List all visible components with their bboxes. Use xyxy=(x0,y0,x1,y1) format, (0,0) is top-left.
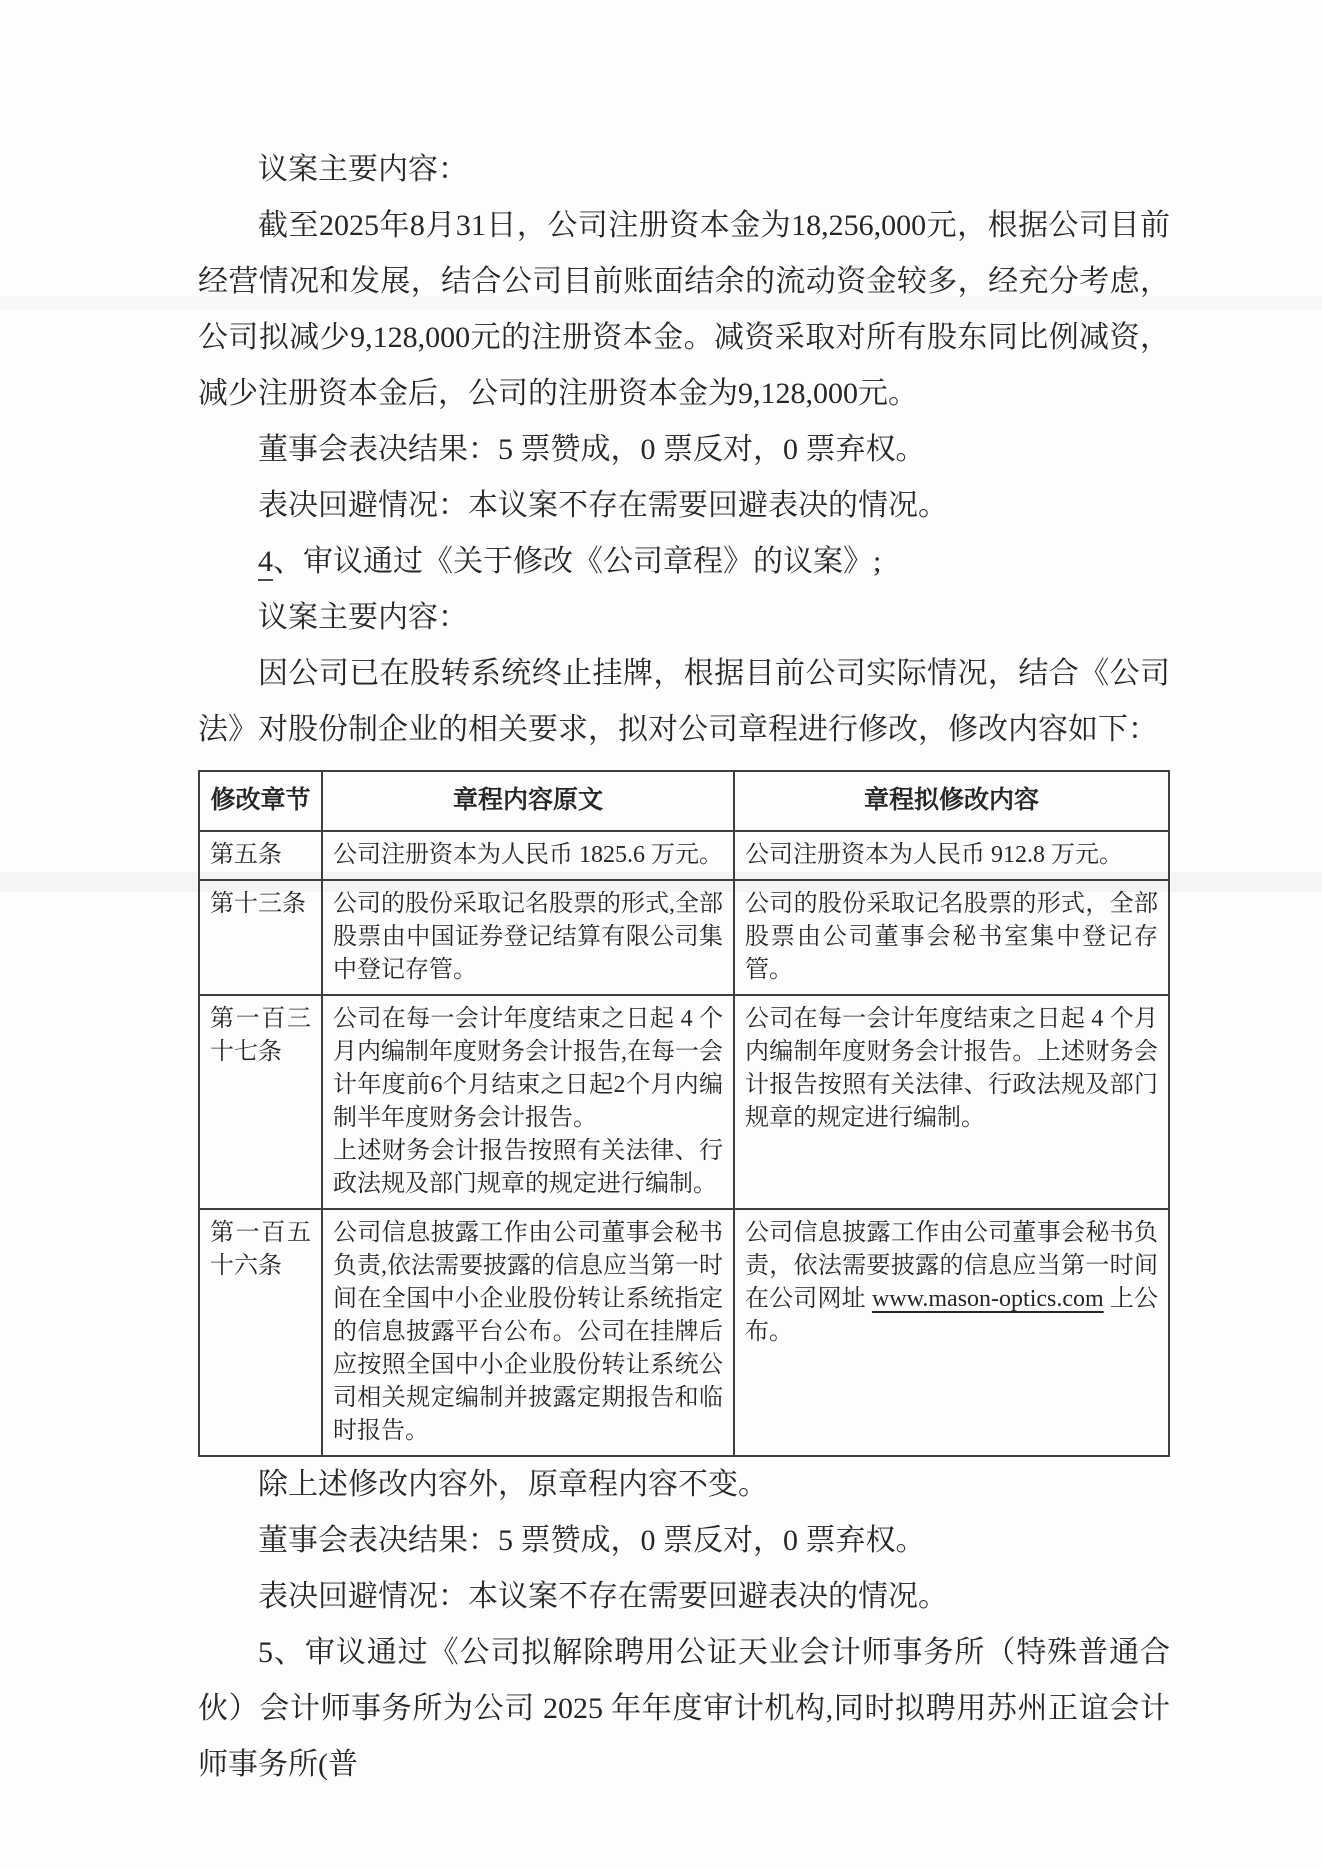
item3-vote-result: 董事会表决结果：5 票赞成，0 票反对，0 票弃权。 xyxy=(198,422,1170,478)
cell-chapter: 第五条 xyxy=(199,831,322,880)
cell-original: 公司信息披露工作由公司董事会秘书负责,依法需要披露的信息应当第一时间在全国中小企… xyxy=(322,1209,734,1456)
cell-revised: 公司的股份采取记名股票的形式，全部股票由公司董事会秘书室集中登记存管。 xyxy=(734,880,1169,995)
proposal-content-label-2: 议案主要内容： xyxy=(198,590,1170,646)
cell-original: 公司注册资本为人民币 1825.6 万元。 xyxy=(322,831,734,880)
table-header-row: 修改章节 章程内容原文 章程拟修改内容 xyxy=(199,771,1169,831)
cell-original-text: 公司信息披露工作由公司董事会秘书负责,依法需要披露的信息应当第一时间在全国中小企… xyxy=(333,1217,723,1448)
item3-body-paragraph: 截至2025年8月31日，公司注册资本金为18,256,000元，根据公司目前经… xyxy=(198,198,1170,422)
cell-original-text: 公司的股份采取记名股票的形式,全部股票由中国证券登记结算有限公司集中登记存管。 xyxy=(333,888,723,987)
table-row: 第十三条 公司的股份采取记名股票的形式,全部股票由中国证券登记结算有限公司集中登… xyxy=(199,880,1169,995)
item4-body-paragraph: 因公司已在股转系统终止挂牌，根据目前公司实际情况，结合《公司法》对股份制企业的相… xyxy=(198,646,1170,758)
proposal-content-label-1: 议案主要内容： xyxy=(198,142,1170,198)
page-content: 议案主要内容： 截至2025年8月31日，公司注册资本金为18,256,000元… xyxy=(0,0,1322,1793)
item4-vote-result: 董事会表决结果：5 票赞成，0 票反对，0 票弃权。 xyxy=(198,1513,1170,1569)
cell-original: 公司的股份采取记名股票的形式,全部股票由中国证券登记结算有限公司集中登记存管。 xyxy=(322,880,734,995)
cell-revised: 公司信息披露工作由公司董事会秘书负责，依法需要披露的信息应当第一时间在公司网址 … xyxy=(734,1209,1169,1456)
item5-title: 5、审议通过《公司拟解除聘用公证天业会计师事务所（特殊普通合伙）会计师事务所为公… xyxy=(198,1625,1170,1793)
cell-original-text: 公司注册资本为人民币 1825.6 万元。 xyxy=(333,839,723,872)
cell-original-text-p1: 公司在每一会计年度结束之日起 4 个月内编制年度财务会计报告,在每一会计年度前6… xyxy=(333,1003,723,1135)
after-table-note: 除上述修改内容外，原章程内容不变。 xyxy=(198,1457,1170,1513)
cell-chapter: 第一百三十七条 xyxy=(199,995,322,1209)
cell-revised-text: 公司注册资本为人民币 912.8 万元。 xyxy=(745,839,1158,872)
cell-revised-text: 公司信息披露工作由公司董事会秘书负责，依法需要披露的信息应当第一时间在公司网址 … xyxy=(745,1217,1158,1349)
company-website-url[interactable]: www.mason-optics.com xyxy=(872,1286,1104,1312)
cell-revised: 公司注册资本为人民币 912.8 万元。 xyxy=(734,831,1169,880)
item4-recusal-statement: 表决回避情况：本议案不存在需要回避表决的情况。 xyxy=(198,1569,1170,1625)
table-row: 第一百三十七条 公司在每一会计年度结束之日起 4 个月内编制年度财务会计报告,在… xyxy=(199,995,1169,1209)
header-chapter: 修改章节 xyxy=(199,771,322,831)
cell-revised-text: 公司的股份采取记名股票的形式，全部股票由公司董事会秘书室集中登记存管。 xyxy=(745,888,1158,987)
header-original-text: 章程内容原文 xyxy=(322,771,734,831)
table-row: 第五条 公司注册资本为人民币 1825.6 万元。 公司注册资本为人民币 912… xyxy=(199,831,1169,880)
cell-revised-text: 公司在每一会计年度结束之日起 4 个月内编制年度财务会计报告。上述财务会计报告按… xyxy=(745,1003,1158,1135)
table-row: 第一百五十六条 公司信息披露工作由公司董事会秘书负责,依法需要披露的信息应当第一… xyxy=(199,1209,1169,1456)
cell-chapter: 第一百五十六条 xyxy=(199,1209,322,1456)
cell-chapter: 第十三条 xyxy=(199,880,322,995)
document-page: 议案主要内容： 截至2025年8月31日，公司注册资本金为18,256,000元… xyxy=(0,0,1322,1869)
item3-recusal-statement: 表决回避情况：本议案不存在需要回避表决的情况。 xyxy=(198,478,1170,534)
item4-title: 4、审议通过《关于修改《公司章程》的议案》; xyxy=(198,534,1170,590)
header-revised-text: 章程拟修改内容 xyxy=(734,771,1169,831)
cell-original: 公司在每一会计年度结束之日起 4 个月内编制年度财务会计报告,在每一会计年度前6… xyxy=(322,995,734,1209)
cell-original-text-p2: 上述财务会计报告按照有关法律、行政法规及部门规章的规定进行编制。 xyxy=(333,1135,723,1201)
cell-revised: 公司在每一会计年度结束之日起 4 个月内编制年度财务会计报告。上述财务会计报告按… xyxy=(734,995,1169,1209)
item4-number: 4 xyxy=(258,545,273,581)
item4-title-text: 、审议通过《关于修改《公司章程》的议案》; xyxy=(273,545,881,578)
charter-amendments-table: 修改章节 章程内容原文 章程拟修改内容 第五条 公司注册资本为人民币 1825.… xyxy=(198,770,1170,1457)
